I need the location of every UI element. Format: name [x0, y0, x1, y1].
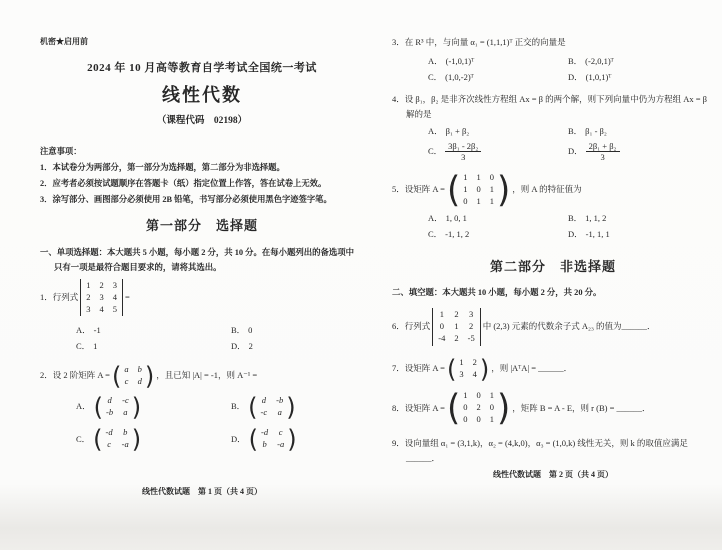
- option-label: B．: [568, 212, 582, 225]
- course-code: （课程代码 02198）: [40, 114, 364, 128]
- option-value: (1,0,1)ᵀ: [586, 71, 612, 84]
- question-6: 6．行列式 123012-42-5 中 (2,3) 元素的代数余子式 A₂₃ 的…: [392, 308, 714, 346]
- option-label: D．: [231, 433, 246, 446]
- exam-notes: 注意事项： 1．本试卷分为两部分，第一部分为选择题，第二部分为非选择题。 2．应…: [40, 146, 364, 206]
- option-d: D．2: [231, 340, 364, 353]
- option-label: A．: [76, 400, 91, 413]
- option-c: C．1: [76, 340, 231, 353]
- question-5-text-suffix: ，则 A 的特征值为: [512, 183, 581, 196]
- fraction: 2β₁ + β₂3: [586, 141, 620, 163]
- fraction-denominator: 3: [586, 152, 620, 163]
- option-value: (1,0,-2)ᵀ: [445, 71, 474, 84]
- matrix-grid: -dcb-a: [258, 426, 287, 452]
- question-8: 8．设矩阵 A = ( 101020001 ) ，矩阵 B = A - E，则 …: [392, 389, 714, 427]
- option-label: C．: [428, 228, 442, 241]
- question-5-options: A．1, 0, 1 B．1, 1, 2 C．-1, 1, 2 D．-1, 1, …: [428, 212, 714, 241]
- question-4-line1: 4．设 β₁，β₂ 是非齐次线性方程组 Ax = β 的两个解，则下列向量中仍为…: [392, 93, 714, 106]
- fraction: 3β₁ - 2β₂3: [445, 141, 481, 163]
- note-item-2: 2．应考者必须按试题顺序在答题卡（纸）指定位置上作答，答在试卷上无效。: [40, 178, 364, 190]
- question-5-text: 5．设矩阵 A =: [392, 183, 445, 196]
- security-label: 机密★启用前: [40, 36, 364, 48]
- option-label: D．: [568, 228, 583, 241]
- section1-intro-line1: 一、单项选择题：本大题共 5 小题，每小题 2 分，共 10 分。在每小题列出的…: [40, 247, 364, 260]
- matrix-grid: 110101011: [460, 171, 497, 209]
- option-a: A．1, 0, 1: [428, 212, 568, 225]
- option-value: (-1,0,1)ᵀ: [446, 55, 475, 68]
- option-value: 1: [93, 340, 97, 353]
- question-1: 1．行列式 123234345 =: [40, 279, 364, 317]
- option-d: D．(1,0,1)ᵀ: [568, 71, 714, 84]
- matrix-grid: abcd: [121, 363, 145, 389]
- question-9: 9．设向量组 α₁ = (3,1,k)，α₂ = (4,k,0)，α₃ = (1…: [392, 437, 714, 465]
- option-label: B．: [568, 125, 582, 138]
- option-value: 0: [248, 324, 252, 337]
- option-d: D．-1, 1, 1: [568, 228, 714, 241]
- matrix-3x3: ( 110101011 ): [447, 171, 510, 209]
- option-d: D． 2β₁ + β₂3: [568, 141, 714, 163]
- option-c: C．(1,0,-2)ᵀ: [428, 71, 568, 84]
- option-label: B．: [568, 55, 582, 68]
- determinant-3x3: 123234345: [80, 279, 123, 317]
- matrix-grid: -dbc-a: [103, 426, 132, 452]
- option-c: C． (-dbc-a): [76, 426, 231, 452]
- question-7-text: 7．设矩阵 A =: [392, 362, 445, 375]
- fraction-numerator: 3β₁ - 2β₂: [445, 141, 481, 153]
- option-value: (-2,0,1)ᵀ: [585, 55, 614, 68]
- option-label: C．: [76, 433, 90, 446]
- option-label: D．: [231, 340, 246, 353]
- option-a: A．(-1,0,1)ᵀ: [428, 55, 568, 68]
- page-1-footer: 线性代数试题 第 1 页（共 4 页）: [40, 486, 364, 498]
- option-matrix: (-dbc-a): [93, 426, 141, 452]
- exam-page-1: 机密★启用前 2024 年 10 月高等教育自学考试全国统一考试 线性代数 （课…: [40, 0, 364, 498]
- question-6-text-suffix: 中 (2,3) 元素的代数余子式 A₂₃ 的值为______．: [483, 320, 656, 333]
- option-label: C．: [428, 145, 442, 158]
- option-value: -1, 1, 1: [586, 228, 610, 241]
- question-3: 3．在 R³ 中，与向量 α₁ = (1,1,1)ᵀ 正交的向量是: [392, 36, 714, 49]
- matrix-grid: d-c-ba: [103, 394, 132, 420]
- option-label: D．: [568, 145, 583, 158]
- question-2-text: 2．设 2 阶矩阵 A =: [40, 369, 110, 382]
- option-label: A．: [428, 125, 443, 138]
- option-label: D．: [568, 71, 583, 84]
- question-9-line1: 9．设向量组 α₁ = (3,1,k)，α₂ = (4,k,0)，α₃ = (1…: [392, 437, 714, 450]
- question-2-text-suffix: ，且已知 |A| = -1，则 A⁻¹ =: [156, 369, 257, 382]
- scanned-exam-paper: { "colors": { "text": "#262626", "backgr…: [0, 0, 722, 550]
- option-b: B．(-2,0,1)ᵀ: [568, 55, 714, 68]
- option-value: 1, 1, 2: [585, 212, 606, 225]
- section2-intro: 二、填空题：本大题共 10 小题，每小题 2 分，共 20 分。: [392, 287, 714, 300]
- option-label: B．: [231, 400, 245, 413]
- option-d: D． (-dcb-a): [231, 426, 364, 452]
- option-b: B．1, 1, 2: [568, 212, 714, 225]
- question-1-options: A．-1 B．0 C．1 D．2: [76, 324, 364, 353]
- exam-page-2: 3．在 R³ 中，与向量 α₁ = (1,1,1)ᵀ 正交的向量是 A．(-1,…: [392, 0, 714, 481]
- determinant-grid: 123012-42-5: [432, 308, 480, 346]
- option-c: C．-1, 1, 2: [428, 228, 568, 241]
- section1-intro: 一、单项选择题：本大题共 5 小题，每小题 2 分，共 10 分。在每小题列出的…: [40, 247, 364, 275]
- subject-title: 线性代数: [40, 82, 364, 109]
- option-value: -1: [94, 324, 101, 337]
- option-label: B．: [231, 324, 245, 337]
- question-7-text-suffix: ，则 |AᵀA| = ______．: [491, 362, 572, 375]
- part1-heading: 第一部分 选择题: [40, 216, 364, 236]
- determinant-grid: 123234345: [80, 279, 123, 317]
- question-9-blank: ______．: [406, 452, 714, 465]
- part2-heading: 第二部分 非选择题: [392, 257, 714, 277]
- question-3-options: A．(-1,0,1)ᵀ B．(-2,0,1)ᵀ C．(1,0,-2)ᵀ D．(1…: [428, 55, 714, 84]
- matrix-2x2: ( 1234 ): [447, 356, 489, 382]
- option-a: A． (d-c-ba): [76, 394, 231, 420]
- option-matrix: (-dcb-a): [249, 426, 297, 452]
- option-label: C．: [76, 340, 90, 353]
- question-4-options: A．β₁ + β₂ B．β₁ - β₂ C． 3β₁ - 2β₂3 D． 2β₁…: [428, 125, 714, 163]
- section1-intro-line2: 只有一项是最符合题目要求的，请将其选出。: [54, 262, 364, 275]
- question-2: 2．设 2 阶矩阵 A = ( abcd ) ，且已知 |A| = -1，则 A…: [40, 363, 364, 389]
- option-a: A．β₁ + β₂: [428, 125, 568, 138]
- option-matrix: (d-b-ca): [248, 394, 295, 420]
- question-2-options: A． (d-c-ba) B． (d-b-ca) C． (-dbc-a) D． (…: [76, 394, 364, 453]
- option-label: A．: [428, 55, 443, 68]
- determinant-3x3: 123012-42-5: [432, 308, 480, 346]
- exam-title: 2024 年 10 月高等教育自学考试全国统一考试: [40, 60, 364, 77]
- option-label: A．: [76, 324, 91, 337]
- option-value: β₁ - β₂: [585, 125, 607, 138]
- option-b: B．β₁ - β₂: [568, 125, 714, 138]
- matrix-grid: d-b-ca: [258, 394, 287, 420]
- note-item-3: 3．涂写部分、画图部分必须使用 2B 铅笔，书写部分必须使用黑色字迹签字笔。: [40, 194, 364, 206]
- option-value: 1, 0, 1: [446, 212, 467, 225]
- option-c: C． 3β₁ - 2β₂3: [428, 141, 568, 163]
- question-4: 4．设 β₁，β₂ 是非齐次线性方程组 Ax = β 的两个解，则下列向量中仍为…: [392, 93, 714, 121]
- question-1-text: 1．行列式: [40, 291, 78, 304]
- option-b: B．0: [231, 324, 364, 337]
- fraction-denominator: 3: [445, 152, 481, 163]
- option-value: β₁ + β₂: [446, 125, 470, 138]
- option-value: 2: [249, 340, 253, 353]
- question-8-text-suffix: ，矩阵 B = A - E，则 r (B) = ______．: [512, 402, 650, 415]
- option-value: -1, 1, 2: [445, 228, 469, 241]
- fraction-numerator: 2β₁ + β₂: [586, 141, 620, 153]
- notes-title: 注意事项：: [40, 146, 364, 158]
- matrix-3x3: ( 101020001 ): [447, 389, 510, 427]
- question-6-text: 6．行列式: [392, 320, 430, 333]
- matrix-grid: 101020001: [460, 389, 497, 427]
- equals-sign: =: [125, 291, 130, 304]
- option-label: A．: [428, 212, 443, 225]
- question-5: 5．设矩阵 A = ( 110101011 ) ，则 A 的特征值为: [392, 171, 714, 209]
- matrix-grid: 1234: [456, 356, 480, 382]
- question-8-text: 8．设矩阵 A =: [392, 402, 445, 415]
- page-2-footer: 线性代数试题 第 2 页（共 4 页）: [392, 469, 714, 481]
- option-matrix: (d-c-ba): [94, 394, 141, 420]
- note-item-1: 1．本试卷分为两部分，第一部分为选择题，第二部分为非选择题。: [40, 162, 364, 174]
- option-a: A．-1: [76, 324, 231, 337]
- option-b: B． (d-b-ca): [231, 394, 364, 420]
- question-7: 7．设矩阵 A = ( 1234 ) ，则 |AᵀA| = ______．: [392, 356, 714, 382]
- matrix-2x2: ( abcd ): [112, 363, 154, 389]
- question-4-line2: 解的是: [406, 108, 714, 121]
- option-label: C．: [428, 71, 442, 84]
